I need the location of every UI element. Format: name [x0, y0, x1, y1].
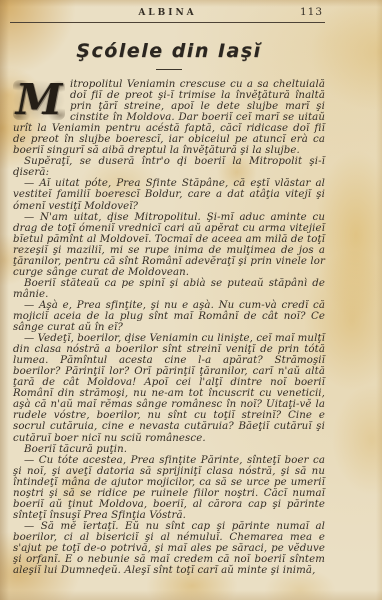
page-number: 113 [300, 6, 323, 18]
paragraph: — Vedeţĭ, boerilor, ḑise Veniamin cu lin… [13, 333, 325, 443]
article-body: Mitropolitul Veniamin crescuse cu a sa c… [13, 79, 325, 576]
paragraph: Supĕraţĭ, se duseră într'o ḑi boeriĭ la … [13, 156, 325, 178]
page-header: ALBINA 113 [10, 0, 325, 23]
paragraph: Mitropolitul Veniamin crescuse cu a sa c… [13, 79, 325, 156]
drop-cap-initial: M [13, 80, 65, 120]
journal-name: ALBINA [10, 8, 325, 18]
title-block: Şcólele din Iaşĭ [13, 40, 325, 70]
paragraph: — Aĭ uitat póte, Prea Sfinte Stăpâne, că… [13, 178, 325, 211]
paragraph: — Cu tóte acestea, Prea sfinţite Părinte… [13, 455, 325, 521]
paragraph: Boeriĭ tăcură puţin. [13, 444, 325, 455]
paragraph: — N'am uitat, ḑise Mitropolitul. Şi-mĭ a… [13, 212, 325, 278]
scanned-page: ALBINA 113 Şcólele din Iaşĭ Mitropolitul… [0, 0, 382, 600]
paragraph: Boeriĭ stăteaŭ ca pe spinĭ şi abià se pu… [13, 278, 325, 300]
title-rule [156, 69, 182, 70]
article-title: Şcólele din Iaşĭ [13, 40, 325, 62]
paragraph: — Aşà e, Prea sfinţite, şi nu e aşà. Nu … [13, 300, 325, 333]
paragraph: — Să mĕ ĭertaţĭ. Eŭ nu sînt cap şi părin… [13, 521, 325, 576]
